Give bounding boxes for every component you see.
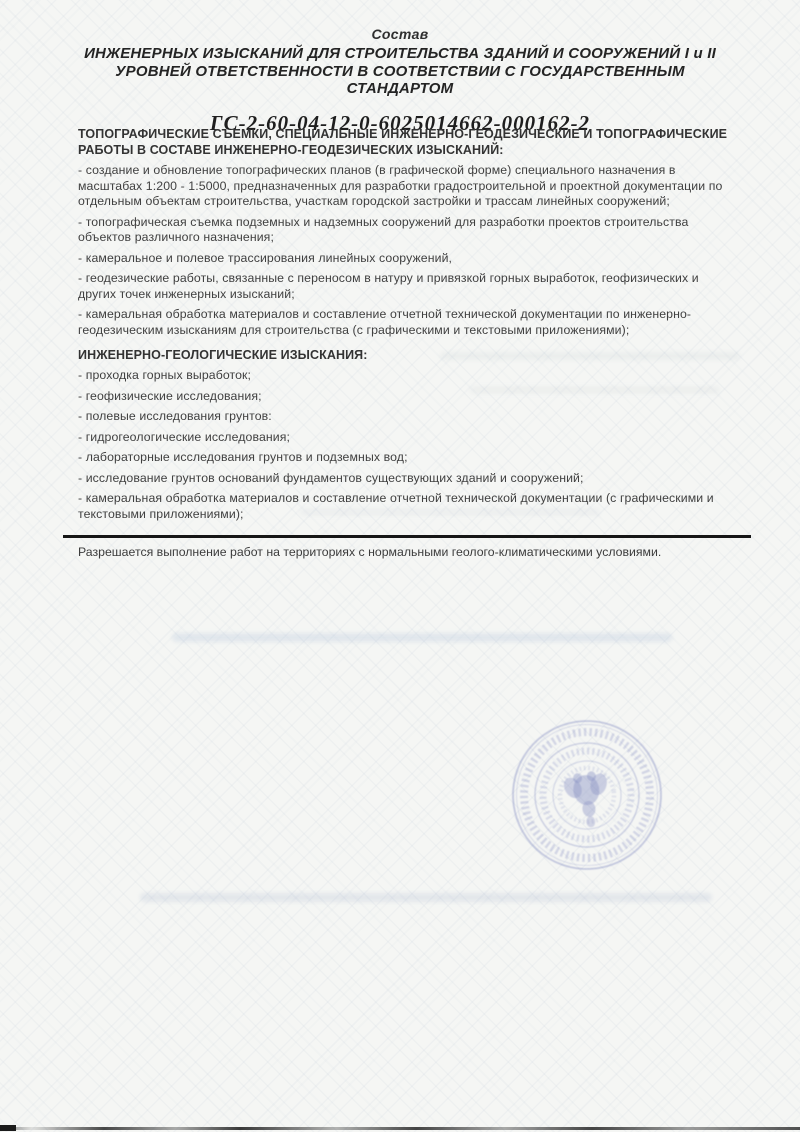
section-heading: ТОПОГРАФИЧЕСКИЕ СЪЕМКИ, СПЕЦИАЛЬНЫЕ ИНЖЕ…	[78, 126, 740, 158]
bleed-through-text-smudge	[470, 386, 720, 394]
document-title-line1: ИНЖЕНЕРНЫХ ИЗЫСКАНИЙ ДЛЯ СТРОИТЕЛЬСТВА З…	[84, 45, 716, 62]
list-item: - исследование грунтов оснований фундаме…	[78, 471, 740, 487]
list-item: - камеральное и полевое трассирования ли…	[78, 251, 740, 267]
document-body: ТОПОГРАФИЧЕСКИЕ СЪЕМКИ, СПЕЦИАЛЬНЫЕ ИНЖЕ…	[78, 126, 740, 560]
bleed-through-text-smudge	[172, 633, 672, 642]
section-geodetic-works: ТОПОГРАФИЧЕСКИЕ СЪЕМКИ, СПЕЦИАЛЬНЫЕ ИНЖЕ…	[78, 126, 740, 338]
document-pretitle: Состав	[0, 26, 800, 42]
permission-note: Разрешается выполнение работ на территор…	[78, 545, 740, 560]
list-item: - топографическая съемка подземных и над…	[78, 215, 740, 246]
section-geological-surveys: ИНЖЕНЕРНО-ГЕОЛОГИЧЕСКИЕ ИЗЫСКАНИЯ: - про…	[78, 347, 740, 522]
scanner-edge-artifact	[0, 1127, 800, 1130]
scanner-edge-corner	[0, 1125, 16, 1131]
separator-line	[63, 535, 751, 538]
bleed-through-text-smudge	[300, 508, 600, 516]
list-item: - геодезические работы, связанные с пере…	[78, 271, 740, 302]
list-item: - создание и обновление топографических …	[78, 163, 740, 210]
list-item: - камеральная обработка материалов и сос…	[78, 307, 740, 338]
list-item: - проходка горных выработок;	[78, 368, 740, 384]
bleed-through-text-smudge	[140, 893, 712, 902]
document-title-line2: УРОВНЕЙ ОТВЕТСТВЕННОСТИ В СООТВЕТСТВИИ С…	[115, 63, 684, 98]
list-item: - камеральная обработка материалов и сос…	[78, 491, 740, 522]
list-item: - лабораторные исследования грунтов и по…	[78, 450, 740, 466]
list-item: - полевые исследования грунтов:	[78, 409, 740, 425]
document-header: Состав ИНЖЕНЕРНЫХ ИЗЫСКАНИЙ ДЛЯ СТРОИТЕЛ…	[0, 26, 800, 136]
list-item: - гидрогеологические исследования;	[78, 430, 740, 446]
seal-graphic	[496, 704, 679, 887]
document-title: ИНЖЕНЕРНЫХ ИЗЫСКАНИЙ ДЛЯ СТРОИТЕЛЬСТВА З…	[0, 45, 800, 98]
bleed-through-text-smudge	[440, 352, 740, 360]
round-seal-stamp	[496, 704, 679, 887]
